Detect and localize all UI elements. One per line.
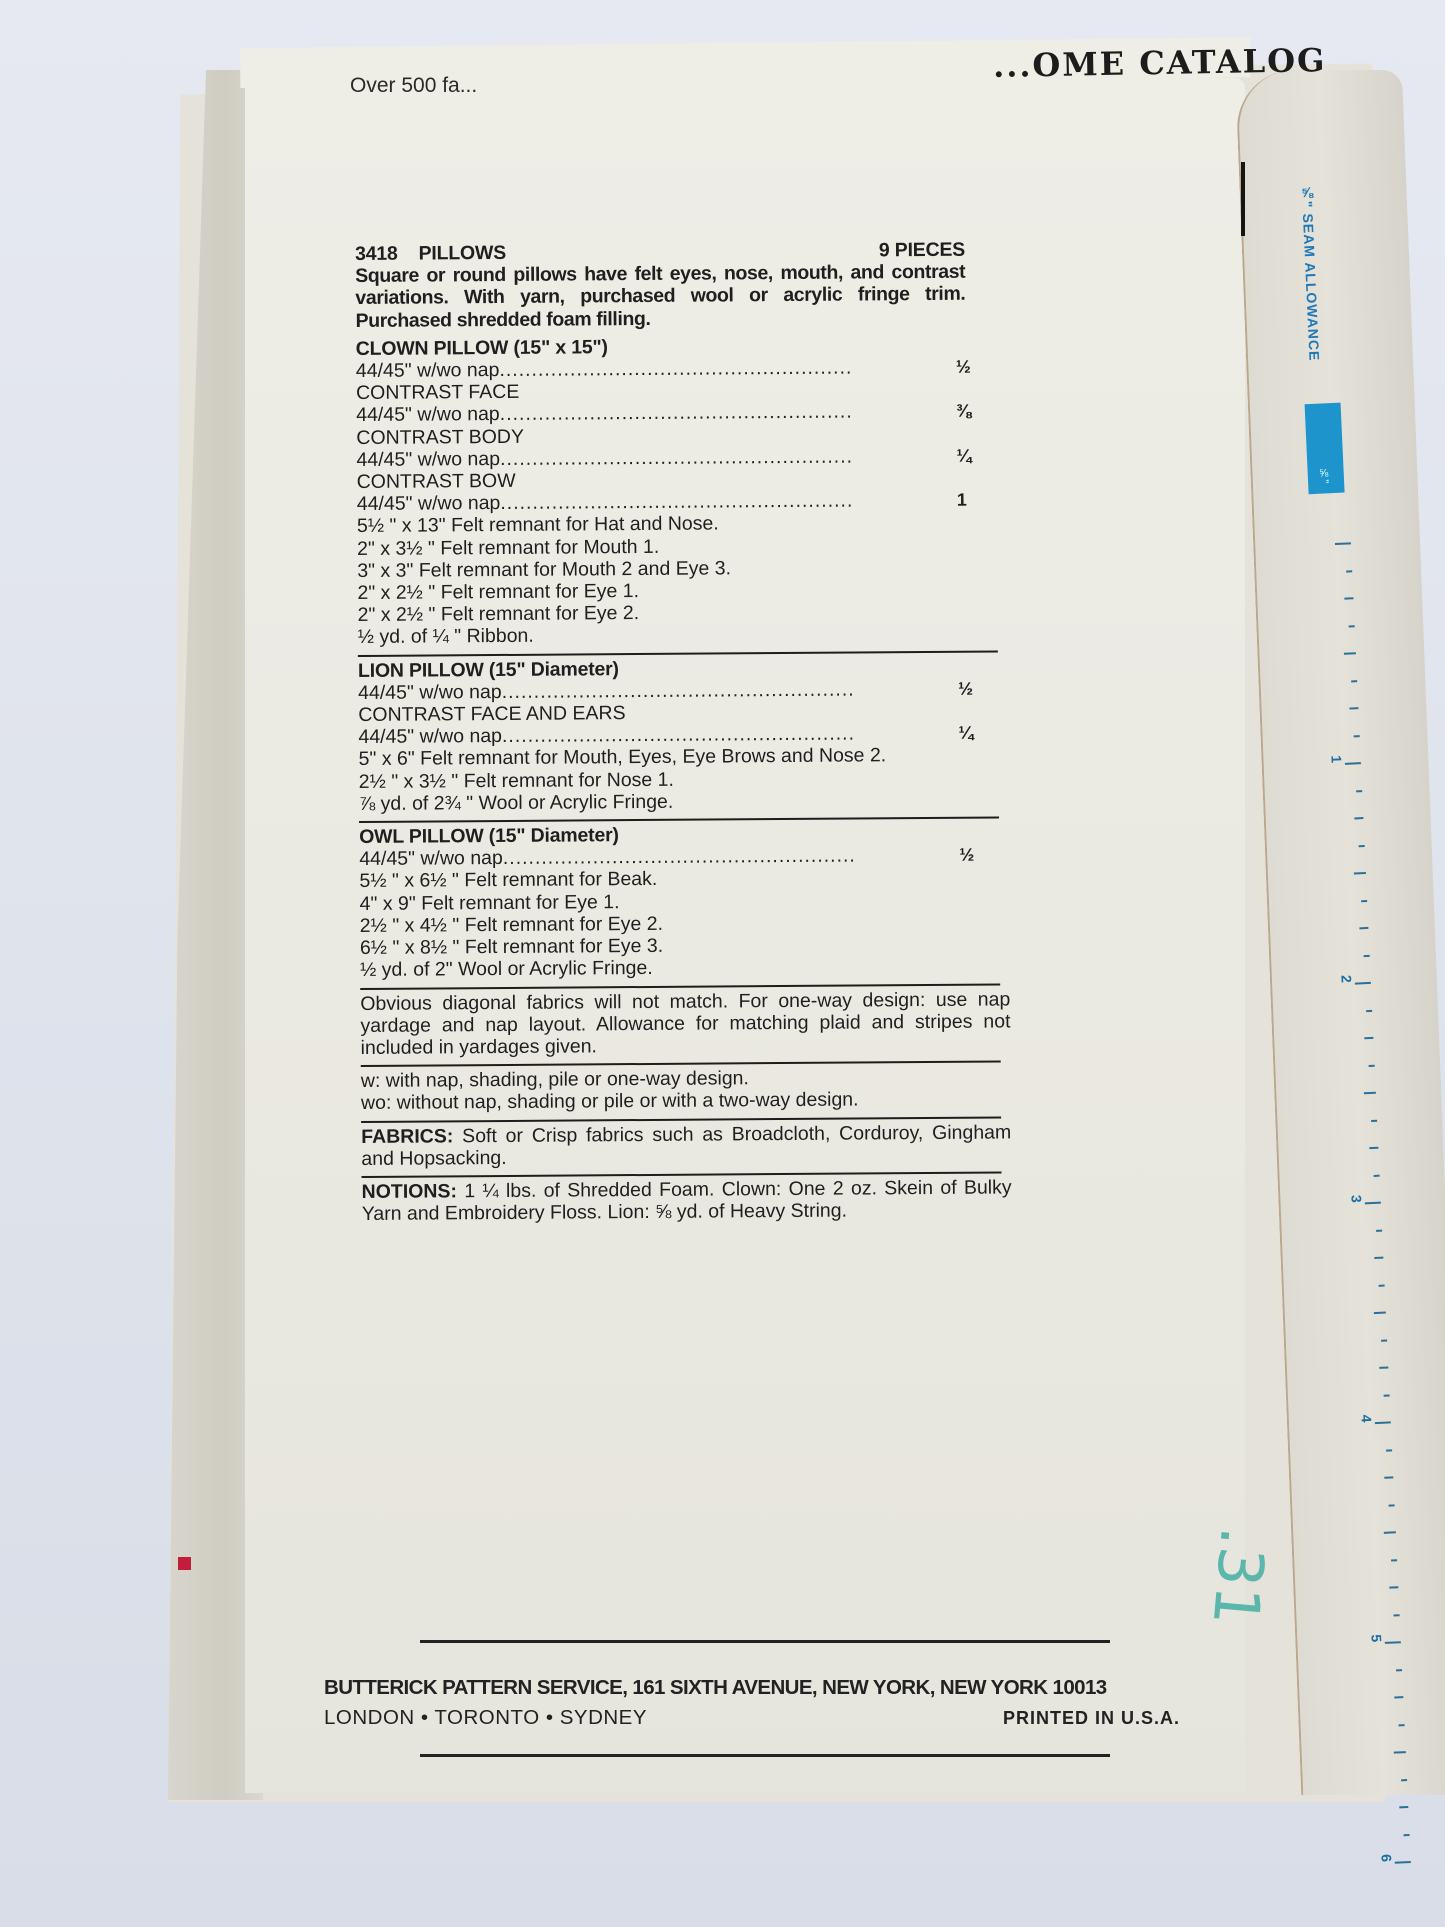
ruler-tick <box>1361 899 1367 901</box>
ruler-tick <box>1356 790 1362 792</box>
ruler-tick <box>1371 1119 1377 1121</box>
ruler-number: 5 <box>1368 1634 1384 1643</box>
ruler-tick <box>1399 1806 1408 1808</box>
ruler-tick <box>1384 1531 1396 1534</box>
ruler-tick <box>1386 1449 1392 1451</box>
red-mark <box>178 1557 191 1570</box>
printed-in: PRINTED IN U.S.A. <box>1003 1708 1180 1729</box>
note-wo-definition: wo: without nap, shading or pile or with… <box>361 1088 1001 1115</box>
pattern-pieces: 9 PIECES <box>879 239 965 262</box>
seam-allowance-label: ⅝" SEAM ALLOWANCE <box>1299 184 1323 362</box>
envelope-top-partial-text: Over 500 fa... <box>350 74 477 98</box>
fabric-width: 44/45" w/wo nap <box>356 359 500 382</box>
ruler-number: 6 <box>1378 1854 1394 1863</box>
ruler-tick <box>1399 1724 1405 1726</box>
ruler-tick <box>1381 1339 1387 1341</box>
yardage-amount: ¼ <box>956 445 971 467</box>
ruler-tick <box>1354 735 1360 737</box>
notion-line: ⅞ yd. of 2¾ " Wool or Acrylic Fringe. <box>359 788 999 815</box>
ruler-tick <box>1359 927 1368 929</box>
ruler-tick <box>1364 954 1370 956</box>
yardage-row: 44/45" w/wo nap.........................… <box>357 489 997 516</box>
pattern-info: 3418 PILLOWS 9 PIECES Square or round pi… <box>355 239 1002 1226</box>
yardage-row: 44/45" w/wo nap.........................… <box>356 400 996 427</box>
ruler-tick <box>1401 1779 1407 1781</box>
ruler-tick <box>1359 845 1365 847</box>
notions-text: 1 ¼ lbs. of Shredded Foam. Clown: One 2 … <box>362 1176 1012 1225</box>
ruler-tick <box>1389 1504 1395 1506</box>
leader-dots: ........................................… <box>500 401 850 426</box>
fabric-width: 44/45" w/wo nap <box>359 847 503 870</box>
ruler-tick <box>1374 1312 1386 1315</box>
pattern-title: PILLOWS <box>418 242 506 265</box>
yardage-amount: ⅜ <box>956 400 971 422</box>
note-diagonal: Obvious diagonal fabrics will not match.… <box>360 988 1010 1059</box>
seam-allowance-value: ⅝" <box>1317 467 1330 483</box>
ruler-tick <box>1379 1284 1385 1286</box>
ruler-tick <box>1335 542 1351 545</box>
envelope-catalog-text: ...OME CATALOG <box>993 41 1327 85</box>
ruler-tick <box>1354 817 1363 819</box>
ruler-tick <box>1355 982 1371 985</box>
publisher-address: BUTTERICK PATTERN SERVICE, 161 SIXTH AVE… <box>324 1676 1107 1700</box>
ruler-number: 3 <box>1348 1194 1364 1203</box>
ruler-number: 2 <box>1338 975 1354 984</box>
yardage-sections: CLOWN PILLOW (15" x 15")44/45" w/wo nap.… <box>356 333 1000 981</box>
ruler-tick <box>1346 570 1352 572</box>
ruler-tick <box>1384 1476 1393 1478</box>
notions-note: NOTIONS: 1 ¼ lbs. of Shredded Foam. Clow… <box>362 1176 1012 1225</box>
ruler-tick <box>1369 1064 1375 1066</box>
ruler-tick <box>1351 680 1357 682</box>
yardage-row: 44/45" w/wo nap.........................… <box>356 356 996 383</box>
ruler-tick <box>1369 1147 1378 1149</box>
ruler-tick <box>1389 1586 1398 1588</box>
ruler-tick <box>1404 1833 1410 1835</box>
fabrics-text: Soft or Crisp fabrics such as Broadcloth… <box>361 1121 1011 1170</box>
ruler-tick <box>1375 1421 1391 1424</box>
yardage-amount: ½ <box>956 356 971 378</box>
leader-dots: ........................................… <box>502 723 852 748</box>
yardage-row: 44/45" w/wo nap.........................… <box>358 722 998 749</box>
fabrics-note: FABRICS: Soft or Crisp fabrics such as B… <box>361 1121 1011 1170</box>
ruler-tick <box>1384 1394 1390 1396</box>
footer-rule-bottom <box>420 1754 1110 1757</box>
fabric-width: 44/45" w/wo nap <box>358 681 502 704</box>
seam-allowance-box: ⅝" <box>1305 403 1345 495</box>
ruler-tick <box>1366 1009 1372 1011</box>
ruler-tick <box>1379 1366 1388 1368</box>
ruler-tick <box>1349 707 1358 709</box>
ruler-number: 4 <box>1358 1414 1374 1423</box>
leader-dots: ........................................… <box>500 490 850 515</box>
ruler-tick <box>1349 625 1355 627</box>
pattern-description: Square or round pillows have felt eyes, … <box>355 261 965 332</box>
pattern-number: 3418 <box>355 243 398 265</box>
ruler-number: 1 <box>1328 755 1344 764</box>
leader-dots: ........................................… <box>499 357 849 382</box>
ruler-tick <box>1344 597 1353 599</box>
notion-line: ½ yd. of 2" Wool or Acrylic Fringe. <box>360 955 1000 982</box>
leader-dots: ........................................… <box>502 678 852 703</box>
publisher-cities: LONDON • TORONTO • SYDNEY <box>324 1706 647 1730</box>
ruler-tick <box>1394 1696 1403 1698</box>
notions-label: NOTIONS: <box>362 1180 457 1203</box>
ruler-tick <box>1374 1174 1380 1176</box>
ruler-tick <box>1394 1614 1400 1616</box>
yardage-amount: 1 <box>957 489 967 511</box>
yardage-amount: ½ <box>959 844 974 866</box>
notion-line: ½ yd. of ¼ " Ribbon. <box>358 622 998 649</box>
yardage-row: 44/45" w/wo nap.........................… <box>359 844 999 871</box>
yardage-amount: ¼ <box>958 722 973 744</box>
ruler-tick <box>1364 1037 1373 1039</box>
handwritten-mark: .31 <box>1199 1524 1280 1629</box>
fabric-width: 44/45" w/wo nap <box>357 492 501 515</box>
ruler-tick <box>1395 1861 1411 1864</box>
yardage-row: 44/45" w/wo nap.........................… <box>358 677 998 704</box>
yardage-amount: ½ <box>958 678 973 700</box>
ruler-tick <box>1396 1669 1402 1671</box>
black-marker-line <box>1241 162 1245 236</box>
ruler-tick <box>1391 1559 1397 1561</box>
leader-dots: ........................................… <box>500 445 850 470</box>
fabric-width: 44/45" w/wo nap <box>356 403 500 426</box>
fabric-width: 44/45" w/wo nap <box>356 448 500 471</box>
fabric-width: 44/45" w/wo nap <box>358 725 502 748</box>
ruler-tick <box>1364 1092 1376 1095</box>
ruler-tick <box>1374 1257 1383 1259</box>
yardage-row: 44/45" w/wo nap.........................… <box>356 444 996 471</box>
ruler-tick <box>1365 1202 1381 1205</box>
fabrics-label: FABRICS: <box>361 1125 453 1148</box>
ruler-tick <box>1345 762 1361 765</box>
leader-dots: ........................................… <box>503 845 853 870</box>
ruler-tick <box>1354 872 1366 875</box>
ruler-tick <box>1344 652 1356 655</box>
ruler-tick <box>1385 1641 1401 1644</box>
ruler-tick <box>1376 1229 1382 1231</box>
footer-rule-top <box>420 1640 1110 1643</box>
